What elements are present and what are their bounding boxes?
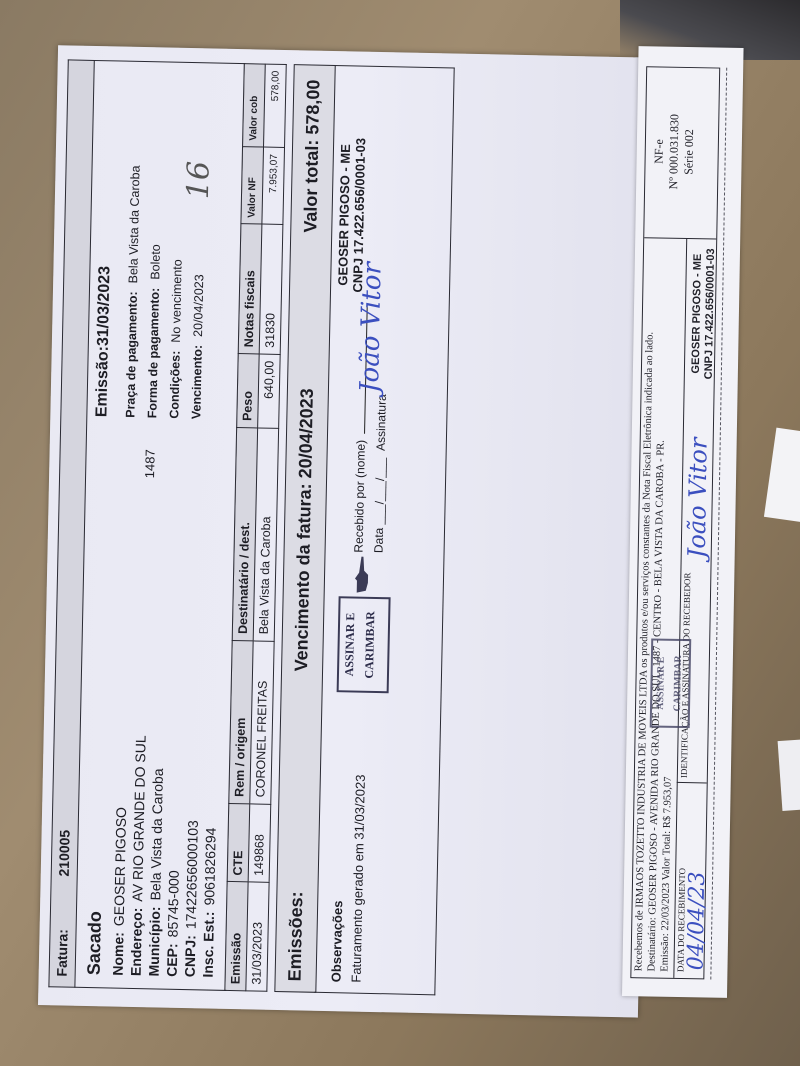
- cell-peso: 640,00: [258, 354, 281, 428]
- sacado-nome: Nome:GEOSER PIGOSO: [110, 807, 130, 976]
- cell-destinatario: Bela Vista da Caroba: [253, 428, 278, 641]
- stub-sign-stamp: ASSINAR E CARIMBAR: [650, 638, 692, 728]
- cell-emissao: 31/03/2023: [246, 882, 269, 991]
- sacado-section: Sacado Nome:GEOSER PIGOSO Endereço:AV RI…: [74, 60, 245, 991]
- receipt-stub: Recebemos de IRMAOS TOZETTO INDUSTRIA DE…: [622, 46, 744, 998]
- vencimento: Vencimento:20/04/2023: [189, 274, 206, 419]
- observacoes-section: Observações Faturamento gerado em 31/03/…: [314, 65, 454, 995]
- col-peso: Peso: [237, 354, 260, 428]
- nfe-box: NF-e Nº 000.031.830 Série 002: [650, 71, 698, 232]
- handwritten-mark: 16: [181, 161, 217, 200]
- sign-stamp: ASSINAR E CARIMBAR: [337, 596, 391, 693]
- stub-handwritten-name: João Vitor: [683, 437, 713, 558]
- cell-valor-cob: 578,00: [264, 64, 287, 148]
- paper-scrap: [778, 739, 800, 811]
- invoice-document: Fatura: 210005 Sacado Nome:GEOSER PIGOSO…: [38, 45, 658, 1017]
- valor-total: Valor total: 578,00: [300, 79, 324, 232]
- paper-scrap: [764, 428, 800, 523]
- sacado-insc-est: Insc. Est.:9061826294: [200, 827, 219, 977]
- col-cte: CTE: [227, 803, 250, 882]
- col-emissao: Emissão: [225, 882, 248, 991]
- handwritten-signature: João Vitor: [355, 262, 388, 393]
- col-valor-cob: Valor cob: [243, 64, 266, 148]
- cell-rem-origem: CORONEL FREITAS: [250, 641, 274, 804]
- handwritten-date: 04/04/23: [683, 871, 710, 970]
- stub-line-3: Emissão: 22/03/2023 Valor Total: R$ 7.95…: [659, 777, 673, 972]
- emissoes-label: Emissões:: [285, 891, 308, 981]
- sacado-cnpj: CNPJ:17422656000103: [182, 820, 201, 977]
- fatura-number: 210005: [56, 830, 73, 877]
- cell-valor-nf: 7.953,07: [262, 147, 285, 224]
- stub-firm: GEOSER PIGOSO - ME CNPJ 17.422.656/0001-…: [690, 248, 718, 379]
- col-valor-nf: Valor NF: [241, 147, 264, 224]
- col-notas-fiscais: Notas fiscais: [238, 224, 262, 354]
- sacado-municipio: Município:Bela Vista da Caroba: [146, 768, 166, 976]
- forma-pagamento: Forma de pagamento:Boleto: [145, 244, 163, 418]
- stub-frame: Recebemos de IRMAOS TOZETTO INDUSTRIA DE…: [630, 66, 720, 979]
- cell-notas-fiscais: 31830: [259, 224, 283, 354]
- condicoes: Condições:No vencimento: [167, 259, 184, 419]
- praca-pagamento: Praça de pagamento:Bela Vista da Caroba: [123, 165, 142, 418]
- sacado-title: Sacado: [84, 911, 106, 975]
- observacoes-title: Observações: [329, 900, 346, 982]
- observacoes-text: Faturamento gerado em 31/03/2023: [349, 774, 368, 982]
- address-number: 1487: [142, 449, 158, 478]
- vencimento-fatura: Vencimento da fatura: 20/04/2023: [291, 388, 318, 672]
- pointing-hand-icon: [353, 555, 372, 595]
- data-assinatura: Data ___/___/___ Assinatura: [372, 394, 389, 553]
- emissao-date: Emissão:31/03/2023: [93, 266, 114, 418]
- sacado-cep: CEP:85745-000: [164, 870, 182, 977]
- cell-cte: 149868: [248, 804, 271, 883]
- fatura-label: Fatura:: [54, 929, 71, 977]
